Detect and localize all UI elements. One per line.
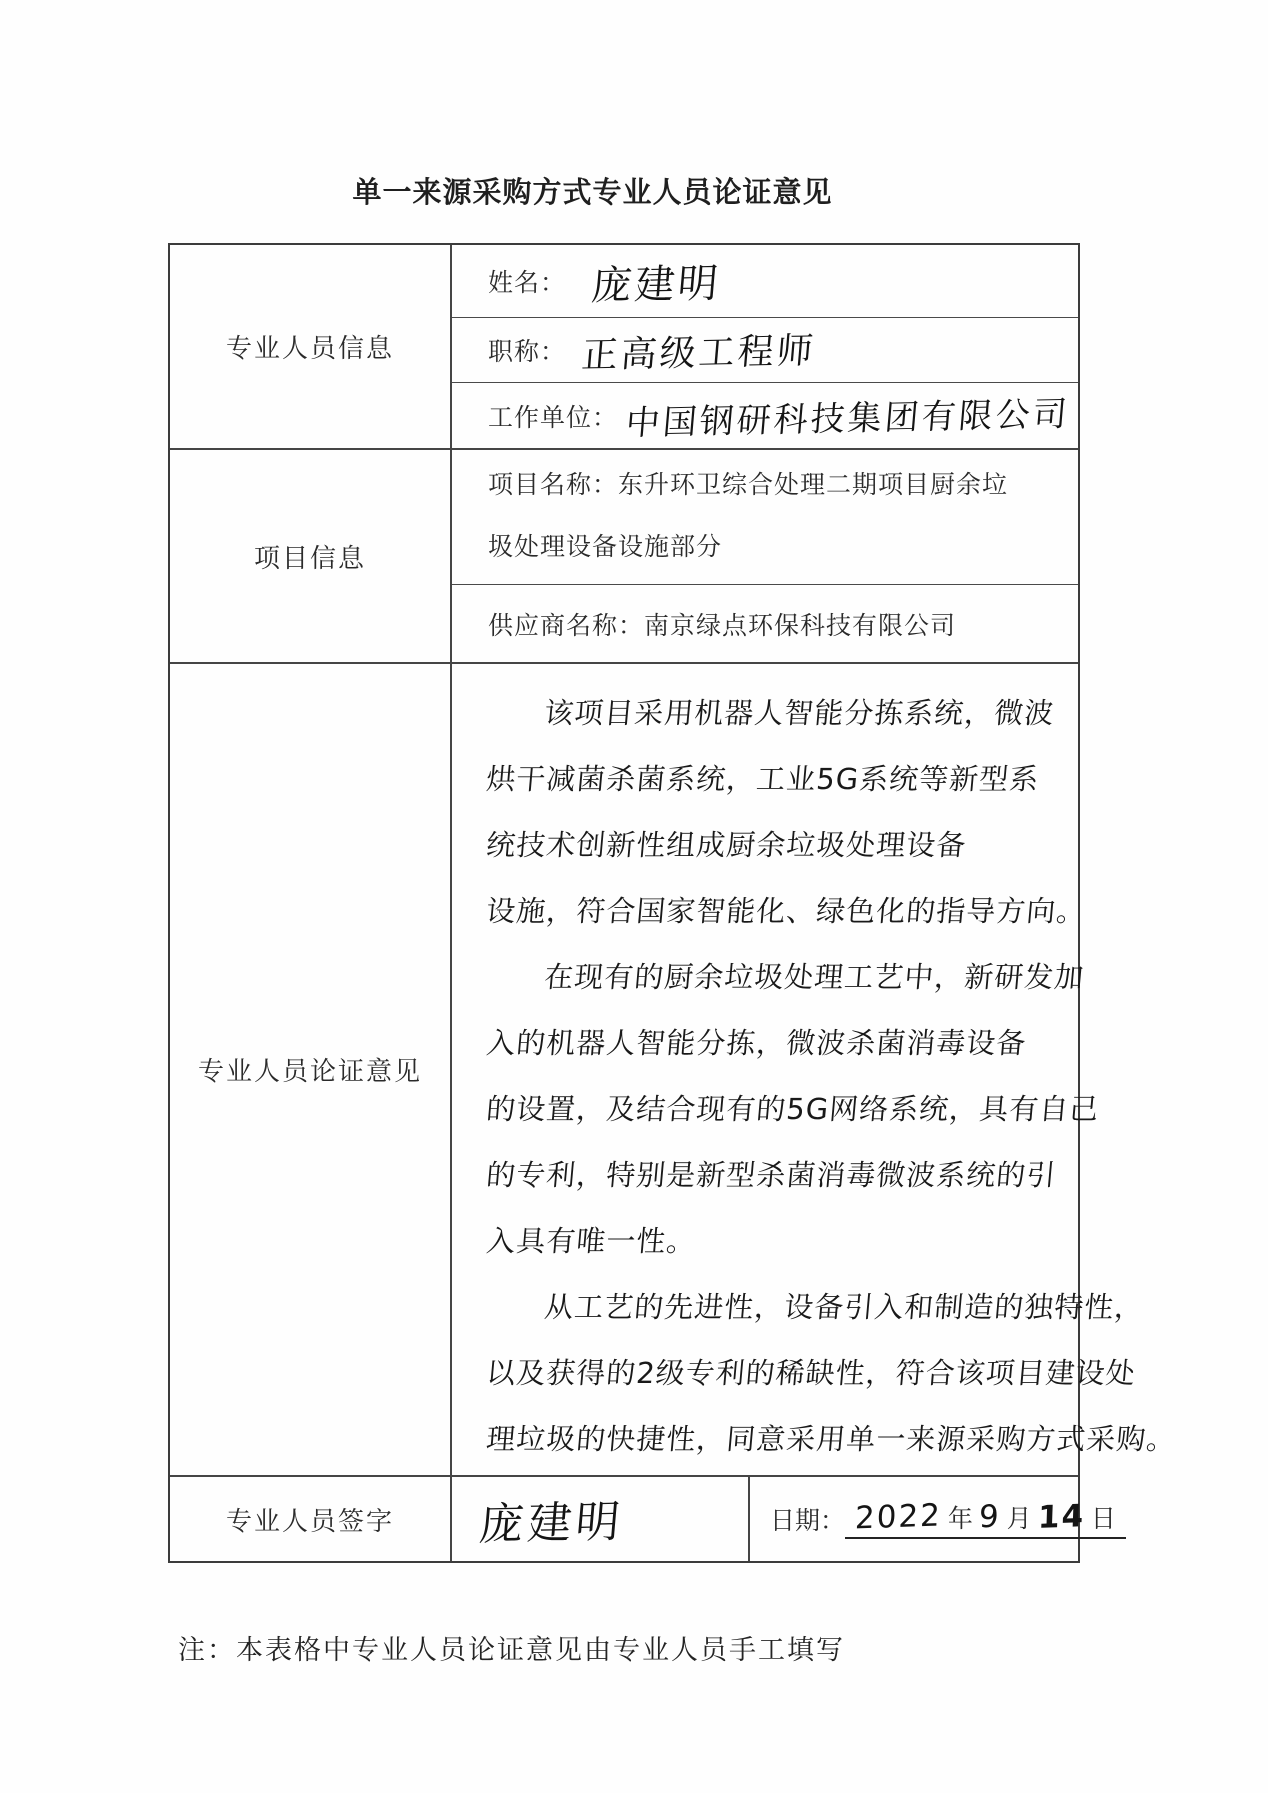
date-year-unit: 年	[948, 1499, 973, 1535]
scanned-document-page: 单一来源采购方式专业人员论证意见 专业人员信息 姓名： 庞建明 职称： 正高级工…	[0, 0, 1268, 1793]
work-unit-handwritten-value: 中国钢研科技集团有限公司	[624, 386, 1072, 444]
opinion-line: 的专利，特别是新型杀菌消毒微波系统的引	[483, 1146, 1075, 1212]
date-year-handwritten: 2022	[854, 1497, 942, 1536]
date-filled-value: 2022 年 9 月 14 日	[845, 1499, 1126, 1539]
opinion-line: 从工艺的先进性，设备引入和制造的独特性，	[483, 1278, 1075, 1344]
signature-handwritten: 庞建明	[477, 1485, 626, 1552]
job-title-field-row: 职称： 正高级工程师	[452, 317, 1078, 382]
opinion-line: 理垃圾的快捷性，同意采用单一来源采购方式采购。	[483, 1410, 1075, 1476]
signature-label: 专业人员签字	[170, 1477, 452, 1561]
opinion-line: 入的机器人智能分拣，微波杀菌消毒设备	[483, 1014, 1075, 1080]
personnel-info-label: 专业人员信息	[170, 245, 452, 448]
date-day-unit: 日	[1091, 1499, 1116, 1535]
work-unit-field-row: 工作单位： 中国钢研科技集团有限公司	[452, 382, 1078, 448]
date-month-handwritten: 9	[978, 1499, 1001, 1536]
opinion-label: 专业人员论证意见	[170, 664, 452, 1475]
opinion-line: 在现有的厨余垃圾处理工艺中，新研发加	[483, 948, 1075, 1014]
date-label: 日期：	[770, 1501, 845, 1537]
signature-cell: 庞建明	[452, 1477, 750, 1561]
date-month-unit: 月	[1007, 1499, 1032, 1535]
project-info-label: 项目信息	[170, 450, 452, 662]
date-day-handwritten: 14	[1037, 1498, 1085, 1536]
supplier-field-row: 供应商名称：南京绿点环保科技有限公司	[452, 584, 1078, 662]
project-name-line2: 圾处理设备设施部分	[488, 517, 722, 579]
opinion-line: 该项目采用机器人智能分拣系统，微波	[483, 684, 1075, 750]
opinion-line: 入具有唯一性。	[483, 1212, 1075, 1278]
opinion-line: 烘干减菌杀菌系统，工业5G系统等新型系	[483, 750, 1075, 816]
personnel-info-content: 姓名： 庞建明 职称： 正高级工程师 工作单位： 中国钢研科技集团有限公司	[452, 245, 1078, 448]
project-name-line1: 项目名称：东升环卫综合处理二期项目厨余垃	[488, 455, 1008, 517]
name-field-row: 姓名： 庞建明	[452, 245, 1078, 317]
opinion-line: 设施，符合国家智能化、绿色化的指导方向。	[483, 882, 1075, 948]
signature-row: 专业人员签字 庞建明 日期： 2022 年 9 月 14 日	[170, 1475, 1078, 1561]
personnel-info-row: 专业人员信息 姓名： 庞建明 职称： 正高级工程师 工作单位： 中国钢研科技集团…	[170, 245, 1078, 448]
supplier-line: 供应商名称：南京绿点环保科技有限公司	[488, 606, 956, 642]
date-cell: 日期： 2022 年 9 月 14 日	[750, 1477, 1126, 1561]
opinion-line: 以及获得的2级专利的稀缺性，符合该项目建设处	[483, 1344, 1075, 1410]
opinion-form-table: 专业人员信息 姓名： 庞建明 职称： 正高级工程师 工作单位： 中国钢研科技集团…	[168, 243, 1080, 1563]
project-name-field-row: 项目名称：东升环卫综合处理二期项目厨余垃 圾处理设备设施部分	[452, 450, 1078, 584]
work-unit-label: 工作单位：	[488, 398, 618, 434]
document-title: 单一来源采购方式专业人员论证意见	[0, 170, 1185, 211]
footer-note: 注：本表格中专业人员论证意见由专业人员手工填写	[178, 1628, 845, 1667]
opinion-line: 统技术创新性组成厨余垃圾处理设备	[483, 816, 1075, 882]
project-info-row: 项目信息 项目名称：东升环卫综合处理二期项目厨余垃 圾处理设备设施部分 供应商名…	[170, 448, 1078, 662]
opinion-row: 专业人员论证意见 该项目采用机器人智能分拣系统，微波 烘干减菌杀菌系统，工业5G…	[170, 662, 1078, 1475]
project-info-content: 项目名称：东升环卫综合处理二期项目厨余垃 圾处理设备设施部分 供应商名称：南京绿…	[452, 450, 1078, 662]
opinion-line: 的设置，及结合现有的5G网络系统，具有自己	[483, 1080, 1075, 1146]
job-title-label: 职称：	[488, 332, 566, 368]
opinion-handwritten-text: 该项目采用机器人智能分拣系统，微波 烘干减菌杀菌系统，工业5G系统等新型系 统技…	[452, 664, 1078, 1475]
name-handwritten-value: 庞建明	[590, 251, 724, 311]
job-title-handwritten-value: 正高级工程师	[580, 322, 818, 378]
name-label: 姓名：	[488, 263, 566, 299]
